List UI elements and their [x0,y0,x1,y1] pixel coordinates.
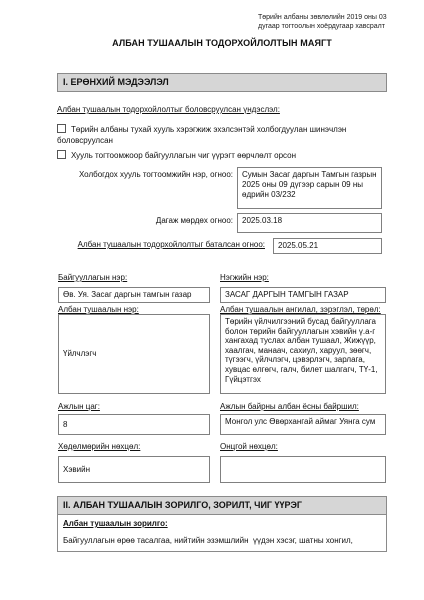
approved-date-row: Албан тушаалын тодорхойлолтыг баталсан о… [57,238,387,254]
form-content: Төрийн албаны зөвлөлийн 2019 оны 03 дуга… [57,0,387,552]
checkbox-row-law-renewal: Төрийн албаны тухай хууль хэрэгжиж эхэлс… [57,124,387,146]
effective-date-label: Дагаж мөрдөх огноо: [57,213,233,225]
document-page: Төрийн албаны зөвлөлийн 2019 оны 03 дуга… [0,0,424,600]
checkbox-row-function-change: Хууль тогтоомжоор байгууллагын чиг үүрэг… [57,150,387,161]
section1-header: I. ЕРӨНХИЙ МЭДЭЭЛЭЛ [57,73,387,92]
special-conditions-label: Онцгой нөхцөл: [220,442,386,451]
effective-date-input[interactable]: 2025.03.18 [237,213,382,233]
approved-date-input[interactable]: 2025.05.21 [273,238,382,254]
basis-label: Албан тушаалын тодорхойлолтыг боловсруул… [57,105,387,114]
purpose-box: Албан тушаалын зорилго: Байгууллагын өрө… [57,515,387,552]
work-hours-label: Ажлын цаг: [58,402,210,411]
work-location-label: Ажлын байрны албан ёсны байршил: [220,402,386,411]
checkbox-function-change[interactable] [57,150,66,159]
header-annotation: Төрийн албаны зөвлөлийн 2019 оны 03 дуга… [258,13,387,31]
organization-label: Байгууллагын нэр: [58,273,210,282]
effective-date-row: Дагаж мөрдөх огноо: 2025.03.18 [57,213,387,233]
approved-date-label: Албан тушаалын тодорхойлолтыг баталсан о… [57,238,265,249]
work-hours-input[interactable]: 8 [58,414,210,435]
position-input[interactable]: Үйлчлэгч [58,314,210,394]
classification-label: Албан тушаалын ангилал, зэрэглэл, төрөл: [220,305,386,314]
checkbox-law-renewal[interactable] [57,124,66,133]
law-field-row: Холбогдох хууль тогтоомжийн нэр, огноо: … [57,167,387,209]
unit-input[interactable]: ЗАСАГ ДАРГЫН ТАМГЫН ГАЗАР [220,287,386,303]
purpose-label: Албан тушаалын зорилго: [63,519,381,528]
organization-input[interactable]: Өв. Уя. Засаг даргын тамгын газар [58,287,210,303]
unit-label: Нэгжийн нэр: [220,273,386,282]
classification-input[interactable]: Төрийн үйлчилгээний бусад байгууллага бо… [220,314,386,394]
labor-conditions-label: Хөдөлмөрийн нөхцөл: [58,442,210,451]
fields-grid: Байгууллагын нэр: Нэгжийн нэр: Өв. Уя. З… [58,273,387,483]
special-conditions-input[interactable] [220,456,386,483]
section2-header: II. АЛБАН ТУШААЛЫН ЗОРИЛГО, ЗОРИЛТ, ЧИГ … [57,496,387,515]
position-label: Албан тушаалын нэр: [58,305,210,314]
work-location-input[interactable]: Монгол улс Өвөрхангай аймаг Уянга сум [220,414,386,435]
labor-conditions-input[interactable]: Хэвийн [58,456,210,483]
page-title: АЛБАН ТУШААЛЫН ТОДОРХОЙЛОЛТЫН МАЯГТ [57,38,387,48]
purpose-text: Байгууллагын өрөө тасалгаа, нийтийн эзэм… [63,536,381,545]
checkbox-function-change-label: Хууль тогтоомжоор байгууллагын чиг үүрэг… [71,151,296,160]
law-input[interactable]: Сумын Засаг даргын Тамгын газрын 2025 он… [237,167,382,209]
law-label: Холбогдох хууль тогтоомжийн нэр, огноо: [57,167,233,179]
checkbox-law-renewal-label: Төрийн албаны тухай хууль хэрэгжиж эхэлс… [57,125,346,145]
